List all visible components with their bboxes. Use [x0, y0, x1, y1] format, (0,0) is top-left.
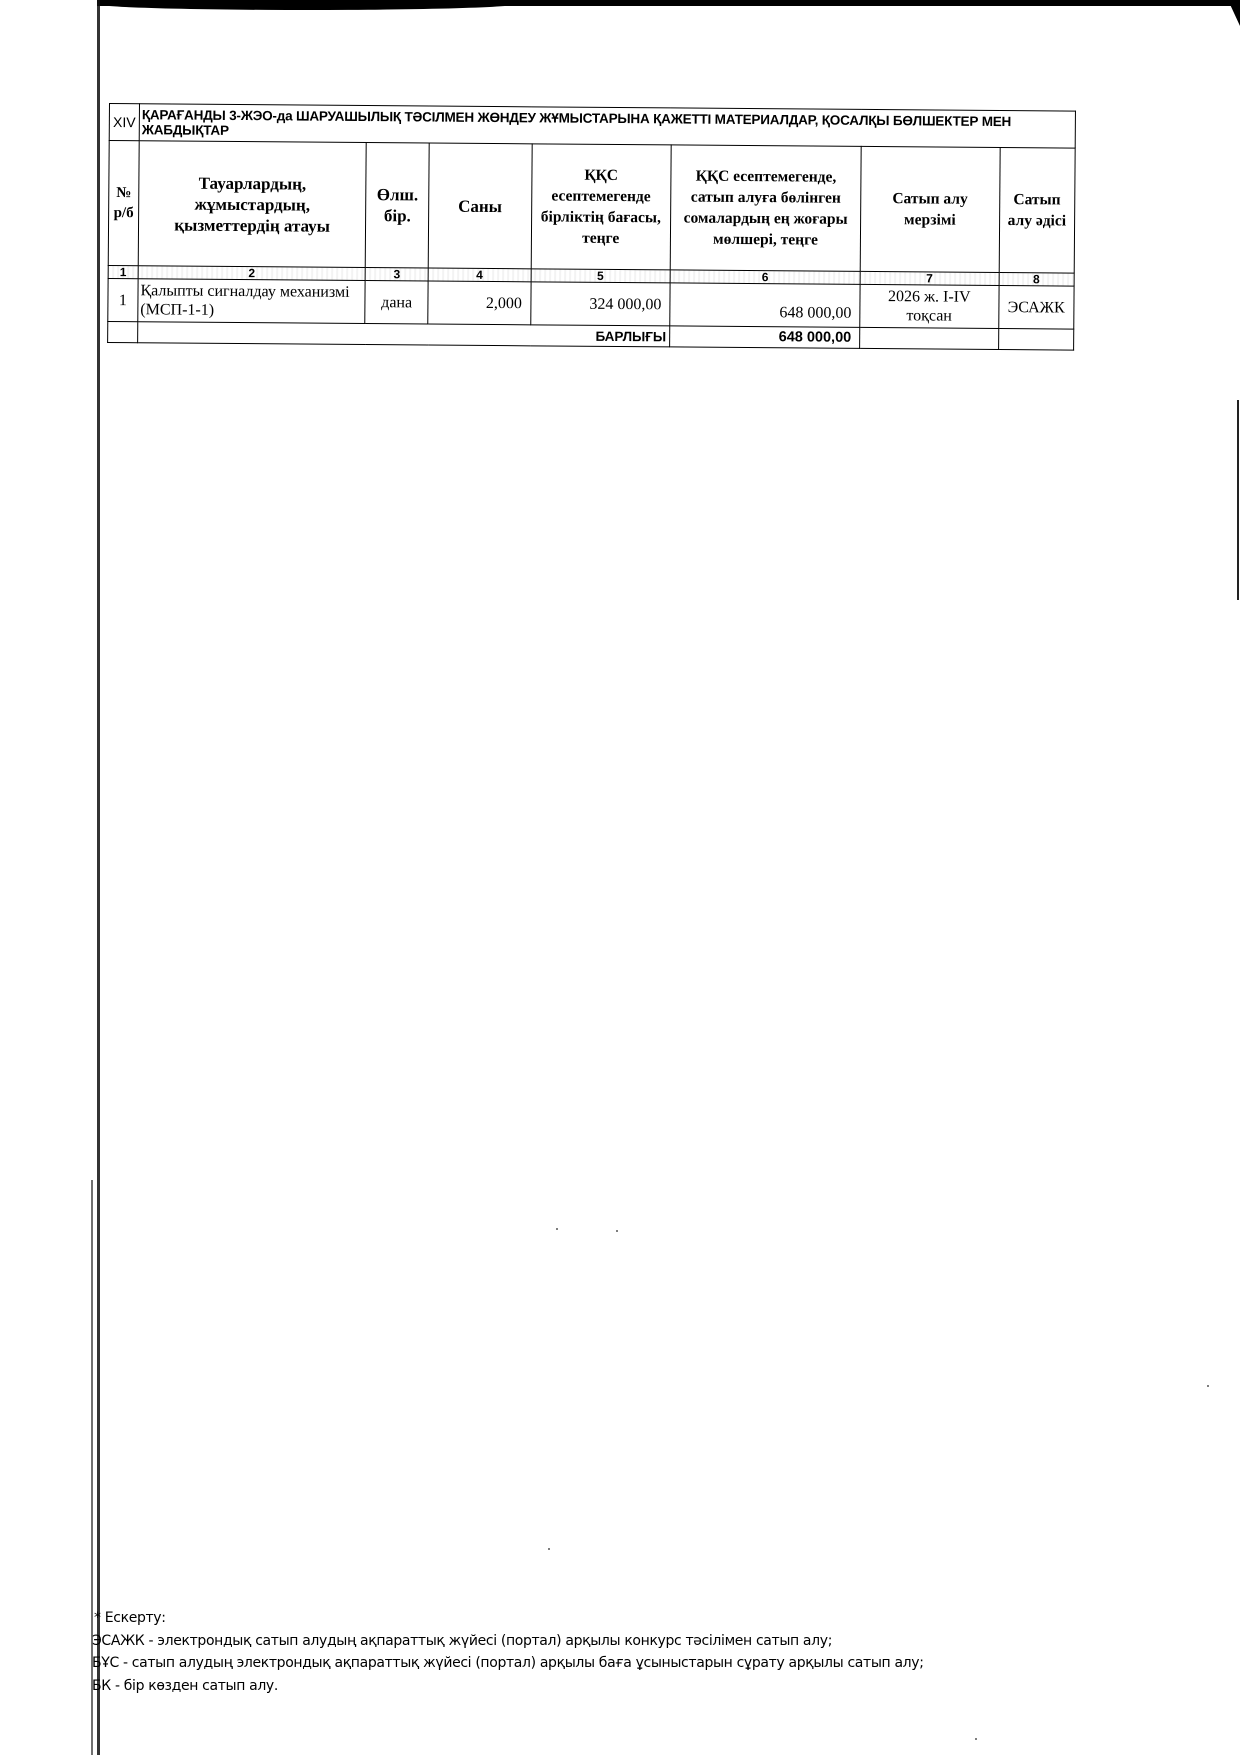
header-quantity: Саны	[428, 143, 531, 269]
header-row: № р/б Тауарлардың, жұмыстардың, қызметте…	[108, 141, 1075, 274]
column-number: 5	[531, 269, 671, 283]
item-period: 2026 ж. I-IV тоқсан	[860, 284, 999, 328]
total-empty-cell	[108, 321, 138, 342]
header-unit: Өлш. бір.	[365, 143, 429, 268]
scan-corner-fold	[1228, 0, 1240, 26]
header-unit-price: ҚҚС есептемегенде бірліктің бағасы, теңг…	[531, 144, 671, 270]
item-name: Қалыпты сигналдау механизмі (МСП-1-1)	[138, 279, 366, 324]
column-number: 8	[999, 272, 1075, 286]
note-item: БК - бір көзден сатып алу.	[92, 1675, 924, 1698]
scan-speck	[1207, 1385, 1209, 1387]
item-unit-price: 324 000,00	[530, 282, 670, 326]
procurement-table: XIV ҚАРАҒАНДЫ 3-ЖЭО-да ШАРУАШЫЛЫҚ ТӘСІЛМ…	[107, 103, 1076, 351]
item-quantity: 2,000	[428, 281, 531, 325]
scan-speck	[556, 1228, 558, 1230]
item-max-amount: 648 000,00	[670, 283, 860, 327]
item-method: ЭСАЖК	[998, 285, 1074, 329]
footnotes: * Ескерту: ЭСАЖК - электрондық сатып алу…	[92, 1607, 924, 1697]
scan-speck	[975, 1738, 977, 1740]
note-item: БҰС - сатып алудың электрондық ақпаратты…	[92, 1652, 924, 1675]
section-number: XIV	[109, 104, 139, 141]
total-label: БАРЛЫҒЫ	[138, 322, 670, 347]
scan-left-border	[97, 0, 100, 1755]
header-method: Сатып алу әдісі	[999, 147, 1075, 273]
item-unit: дана	[365, 281, 428, 324]
total-empty-cell	[998, 328, 1074, 350]
header-item-name: Тауарлардың, жұмыстардың, қызметтердің а…	[138, 141, 366, 268]
header-row-number: № р/б	[108, 141, 139, 266]
total-value: 648 000,00	[670, 326, 860, 348]
column-number: 7	[860, 271, 999, 285]
column-number: 1	[108, 265, 138, 278]
header-period: Сатып алу мерзімі	[860, 146, 999, 272]
header-max-amount: ҚҚС есептемегенде, сатып алуға бөлінген …	[670, 145, 861, 271]
scan-top-shadow	[97, 4, 517, 10]
row-number: 1	[108, 278, 138, 321]
scan-right-edge	[1237, 400, 1239, 600]
note-item: ЭСАЖК - электрондық сатып алудың ақпарат…	[92, 1630, 924, 1653]
notes-heading: * Ескерту:	[92, 1607, 924, 1630]
total-empty-cell	[860, 327, 999, 349]
table-row: 1 Қалыпты сигналдау механизмі (МСП-1-1) …	[108, 278, 1074, 329]
scan-speck	[548, 1548, 550, 1550]
column-number: 3	[365, 268, 428, 281]
scan-speck	[616, 1230, 618, 1232]
column-number: 4	[428, 268, 530, 282]
